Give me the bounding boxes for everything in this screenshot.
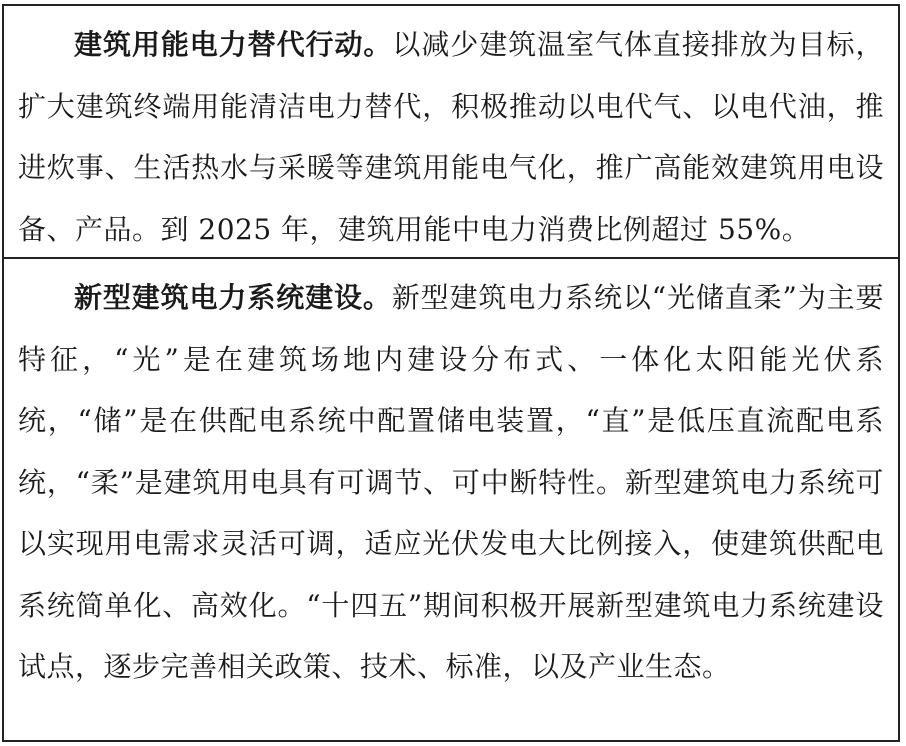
section-heading: 新型建筑电力系统建设。 bbox=[74, 281, 392, 314]
section-body: 新型建筑电力系统以“光储直柔”为主要特征，“光”是在建筑场地内建设分布式、一体化… bbox=[18, 281, 884, 683]
paragraph: 建筑用能电力替代行动。以减少建筑温室气体直接排放为目标，扩大建筑终端用能清洁电力… bbox=[18, 14, 884, 260]
section-new-power-system: 新型建筑电力系统建设。新型建筑电力系统以“光储直柔”为主要特征，“光”是在建筑场… bbox=[4, 259, 898, 740]
section-building-electrification: 建筑用能电力替代行动。以减少建筑温室气体直接排放为目标，扩大建筑终端用能清洁电力… bbox=[4, 6, 898, 259]
paragraph: 新型建筑电力系统建设。新型建筑电力系统以“光储直柔”为主要特征，“光”是在建筑场… bbox=[18, 267, 884, 698]
section-heading: 建筑用能电力替代行动。 bbox=[74, 28, 392, 61]
document-frame: 建筑用能电力替代行动。以减少建筑温室气体直接排放为目标，扩大建筑终端用能清洁电力… bbox=[2, 4, 900, 742]
